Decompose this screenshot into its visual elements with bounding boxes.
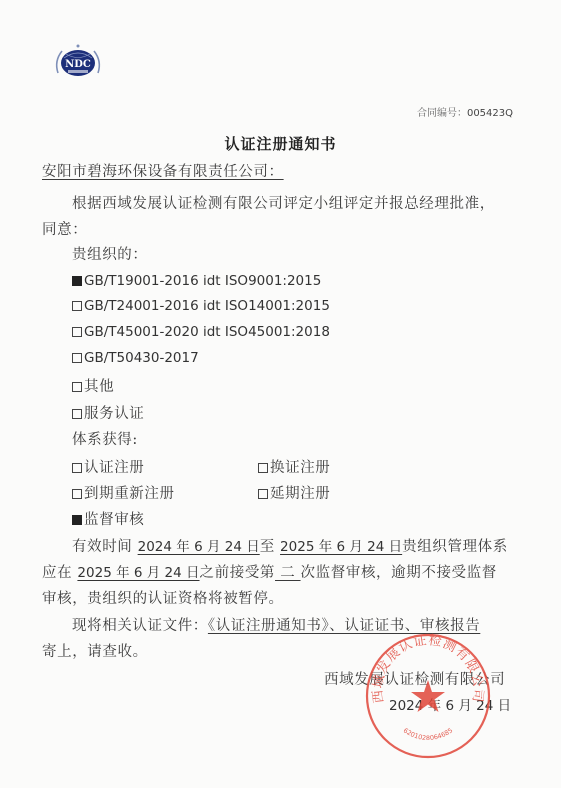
- standard-item: GB/T50430-2017: [72, 350, 199, 366]
- contract-number-value: 005423Q: [467, 108, 513, 119]
- standard-item: 服务认证: [72, 402, 144, 423]
- checkbox-checked-icon: [72, 515, 82, 525]
- registration-item: 延期注册: [258, 482, 330, 503]
- validity-start-date: 2024 年 6 月 24 日: [138, 539, 260, 555]
- audit-deadline: 2025 年 6 月 24 日: [77, 565, 199, 581]
- checkbox-empty-icon: [72, 353, 82, 363]
- standard-label: GB/T19001-2016 idt ISO9001:2015: [84, 273, 321, 289]
- registration-label: 监督审核: [84, 512, 144, 528]
- checkbox-empty-icon: [72, 489, 82, 499]
- official-seal-stamp: 西域发展认证检测有限公司 6201028064685: [364, 632, 492, 760]
- checkbox-checked-icon: [72, 276, 82, 286]
- registration-item: 认证注册: [72, 456, 144, 477]
- intro-line-2: 同意：: [42, 218, 87, 239]
- standard-label: 其他: [84, 379, 114, 395]
- documents-line-2: 寄上，请查收。: [42, 640, 148, 661]
- svg-text:6201028064685: 6201028064685: [402, 726, 454, 742]
- validity-line-1: 有效时间 2024 年 6 月 24 日至 2025 年 6 月 24 日贵组织…: [72, 535, 508, 556]
- validity-prefix: 有效时间: [72, 539, 132, 555]
- document-title: 认证注册通知书: [0, 133, 561, 154]
- validity-line-2: 应在 2025 年 6 月 24 日之前接受第 二 次监督审核，逾期不接受监督: [42, 561, 497, 582]
- registration-label: 认证注册: [84, 460, 144, 476]
- seal-code: 6201028064685: [402, 726, 454, 742]
- registration-item: 到期重新注册: [72, 482, 175, 503]
- checkbox-empty-icon: [72, 409, 82, 419]
- recipient: 安阳市碧海环保设备有限责任公司：: [42, 160, 284, 181]
- audit-ordinal: 二: [275, 565, 301, 581]
- checkbox-empty-icon: [258, 489, 268, 499]
- contract-number: 合同编号：005423Q: [417, 104, 513, 119]
- documents-prefix: 现将相关认证文件：: [72, 618, 208, 634]
- svg-text:NDC: NDC: [65, 59, 91, 70]
- checkbox-empty-icon: [72, 301, 82, 311]
- standard-label: GB/T45001-2020 idt ISO45001:2018: [84, 324, 330, 340]
- validity-mid: 至: [260, 539, 275, 555]
- standard-item: GB/T19001-2016 idt ISO9001:2015: [72, 273, 321, 289]
- standard-label: GB/T50430-2017: [84, 350, 199, 366]
- org-label: 贵组织的：: [72, 243, 148, 264]
- standard-item: GB/T45001-2020 idt ISO45001:2018: [72, 324, 330, 340]
- deadline-prefix: 应在: [42, 565, 72, 581]
- standard-item: 其他: [72, 375, 114, 396]
- registration-item: 监督审核: [72, 508, 144, 529]
- ndc-logo-icon: NDC: [52, 43, 104, 81]
- registration-label: 延期注册: [270, 486, 330, 502]
- checkbox-empty-icon: [72, 382, 82, 392]
- standard-label: GB/T24001-2016 idt ISO14001:2015: [84, 298, 330, 314]
- checkbox-empty-icon: [72, 327, 82, 337]
- registration-label: 到期重新注册: [84, 486, 175, 502]
- deadline-suffix: 次监督审核，逾期不接受监督: [301, 565, 497, 581]
- checkbox-empty-icon: [258, 463, 268, 473]
- deadline-mid: 之前接受第: [200, 565, 276, 581]
- registration-label: 换证注册: [270, 460, 330, 476]
- validity-end-date: 2025 年 6 月 24 日: [280, 539, 402, 555]
- standard-item: GB/T24001-2016 idt ISO14001:2015: [72, 298, 330, 314]
- validity-suffix: 贵组织管理体系: [402, 539, 508, 555]
- checkbox-empty-icon: [72, 463, 82, 473]
- validity-line-3: 审核，贵组织的认证资格将被暂停。: [42, 587, 284, 608]
- intro-line-1: 根据西域发展认证检测有限公司评定小组评定并报总经理批准，: [72, 192, 495, 213]
- contract-label: 合同编号：: [417, 108, 467, 119]
- system-label: 体系获得:: [72, 428, 138, 449]
- standard-label: 服务认证: [84, 406, 144, 422]
- registration-item: 换证注册: [258, 456, 330, 477]
